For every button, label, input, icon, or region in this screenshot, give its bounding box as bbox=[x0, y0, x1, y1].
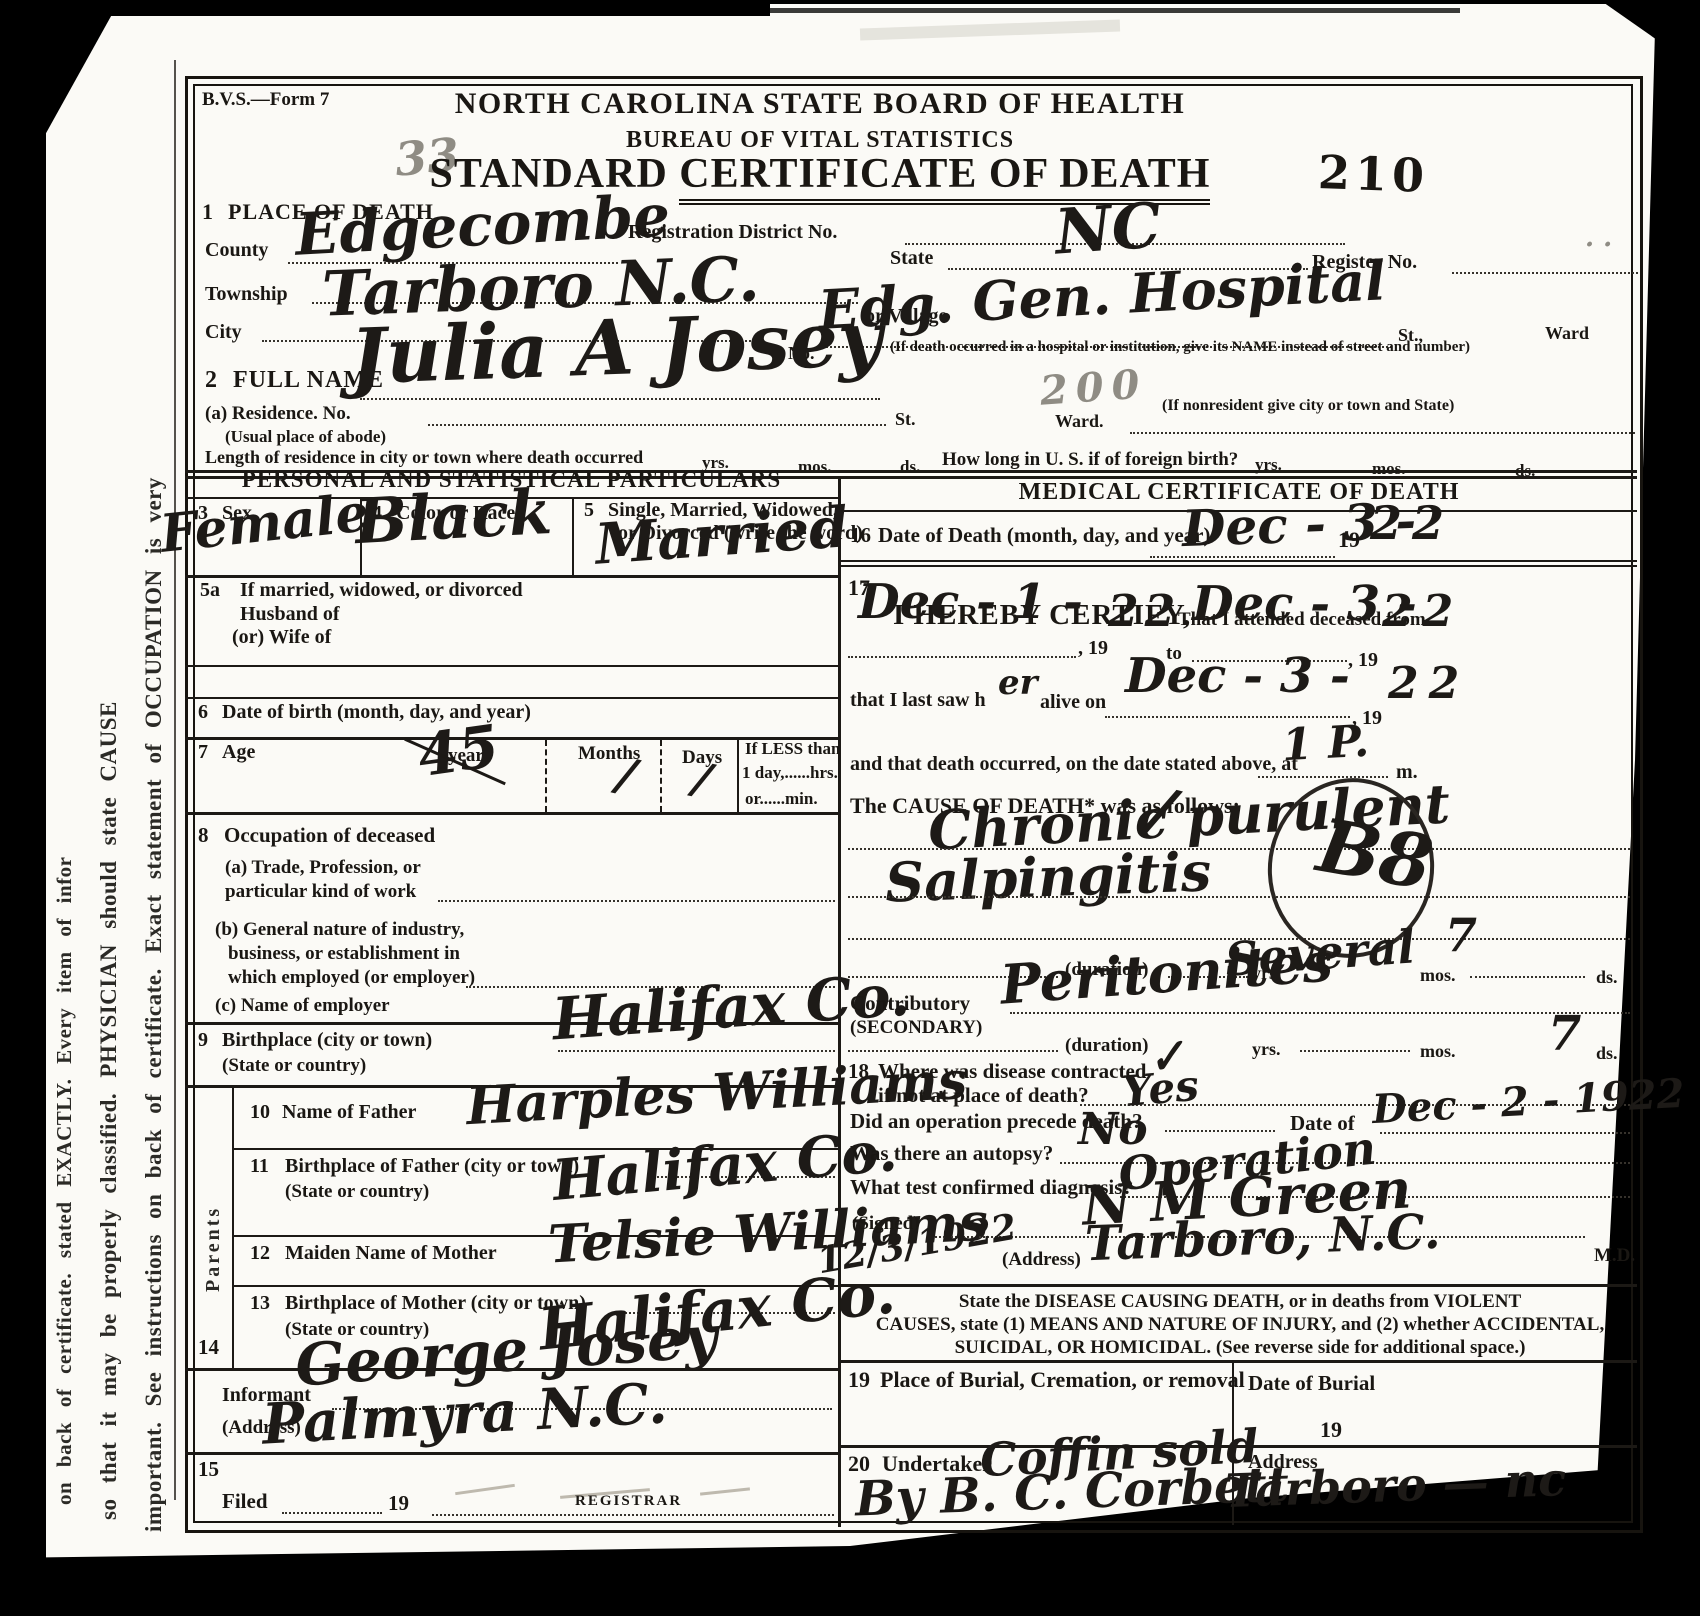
filed-number: 15 bbox=[198, 1458, 219, 1480]
line bbox=[841, 1284, 1637, 1287]
nonresident-note: (If nonresident give city or town and St… bbox=[1162, 398, 1454, 415]
mother-number: 12 bbox=[250, 1243, 270, 1264]
line bbox=[572, 497, 574, 575]
line bbox=[185, 575, 838, 578]
regdistrict-label: Registration District No. bbox=[628, 222, 837, 243]
length-residence-label: Length of residence in city or town wher… bbox=[205, 448, 643, 467]
attended-from-line bbox=[848, 656, 1076, 658]
cause-dotline-2 bbox=[848, 896, 1630, 898]
line bbox=[185, 812, 838, 815]
duration1-ds: ds. bbox=[1596, 968, 1618, 987]
residence-ward-label: Ward. bbox=[1055, 412, 1104, 431]
age-number: 7 bbox=[198, 742, 208, 763]
mother-birthplace-number: 13 bbox=[250, 1293, 270, 1314]
line bbox=[841, 560, 1637, 562]
undertaker-address-value: Tarboro — nc bbox=[1224, 1456, 1567, 1514]
occupation-label: Occupation of deceased bbox=[224, 824, 435, 846]
duration1-number: 7 bbox=[1445, 912, 1477, 958]
father-label: Name of Father bbox=[282, 1102, 416, 1123]
registrar-label: REGISTRAR bbox=[575, 1494, 682, 1510]
father-birthplace-label: Birthplace of Father (city or town) bbox=[285, 1156, 579, 1177]
penciled-200: 200 bbox=[1039, 364, 1149, 411]
address-value: Tarboro, N.C. bbox=[1084, 1208, 1441, 1268]
race-value: Black bbox=[354, 481, 554, 553]
field1-number: 1 bbox=[202, 200, 213, 223]
field2-number: 2 bbox=[205, 368, 217, 393]
state-label: State bbox=[890, 248, 933, 269]
date-of-death-label: Date of Death (month, day, and year) bbox=[878, 524, 1210, 546]
age-label: Age bbox=[222, 742, 255, 763]
date-of-death-line bbox=[1150, 556, 1335, 558]
line bbox=[185, 737, 838, 740]
address-label: (Address) bbox=[1002, 1250, 1081, 1270]
birthplace-sub: (State or country) bbox=[222, 1056, 366, 1076]
lastsaw-yy: 22 bbox=[1388, 662, 1469, 706]
township-label: Township bbox=[205, 284, 288, 305]
margin-note-middle: so that it may be properly classified. P… bbox=[96, 701, 122, 1520]
register-line bbox=[1452, 272, 1638, 274]
line bbox=[185, 665, 838, 667]
line bbox=[185, 697, 838, 699]
line bbox=[841, 565, 1637, 567]
informant-number: 14 bbox=[198, 1336, 219, 1358]
nonresident-line bbox=[1130, 432, 1635, 434]
birthplace-label: Birthplace (city or town) bbox=[222, 1030, 432, 1051]
occupation-b2: business, or establishment in bbox=[228, 944, 460, 964]
dob-number: 6 bbox=[198, 702, 208, 723]
duration1-mos: mos. bbox=[1420, 966, 1456, 985]
lastsaw-label-2: alive on bbox=[1040, 692, 1106, 713]
lastsaw-label-1: that I last saw h bbox=[850, 690, 986, 711]
margin-note-outer: on back of certificate. stated EXACTLY. … bbox=[52, 857, 77, 1505]
register-pencil-marks: · · bbox=[1585, 232, 1612, 258]
ward-label: Ward bbox=[1545, 324, 1589, 343]
from-yy: 22 bbox=[1108, 590, 1181, 634]
residence-line bbox=[428, 424, 886, 426]
form-number: B.V.S.—Form 7 bbox=[202, 90, 329, 110]
to-19: , 19 bbox=[1348, 650, 1378, 671]
filed-line-b bbox=[432, 1514, 834, 1516]
burial-date-19: 19 bbox=[1320, 1418, 1342, 1441]
birthplace-line bbox=[558, 1050, 835, 1052]
bureau-title: BUREAU OF VITAL STATISTICS bbox=[330, 128, 1310, 153]
fullname-value: Julia A Josey bbox=[349, 301, 883, 396]
duration2-number: 7 bbox=[1548, 1010, 1581, 1058]
occurred-time-value: 1 P. bbox=[1281, 720, 1370, 768]
scan-edge-top bbox=[55, 2, 770, 16]
contracted-number: 18 bbox=[848, 1060, 869, 1082]
father-birthplace-number: 11 bbox=[250, 1156, 269, 1177]
howlong-label: How long in U. S. if of foreign birth? bbox=[942, 450, 1238, 470]
to-yy: 22 bbox=[1382, 590, 1463, 634]
from-19: , 19 bbox=[1078, 638, 1108, 659]
violent-note-3: SUICIDAL, OR HOMICIDAL. (See reverse sid… bbox=[845, 1338, 1635, 1358]
cause-line-2: Salpingitis bbox=[884, 844, 1212, 909]
f5a-wife: (or) Wife of bbox=[232, 627, 331, 648]
state-value: NC bbox=[1053, 194, 1163, 263]
board-title: NORTH CAROLINA STATE BOARD OF HEALTH bbox=[330, 88, 1310, 120]
date-of-death-yy: 22 bbox=[1370, 500, 1454, 546]
filed-line-a bbox=[282, 1512, 382, 1514]
stamp-b8-text: B8 bbox=[1312, 809, 1437, 902]
line bbox=[737, 737, 739, 812]
occupation-c: (c) Name of employer bbox=[215, 996, 390, 1016]
death-certificate-scan: on back of certificate. stated EXACTLY. … bbox=[0, 0, 1700, 1616]
contracted-label-2: if not at place of death? bbox=[878, 1084, 1089, 1106]
line bbox=[841, 1360, 1637, 1363]
duration1-dots-c bbox=[1470, 976, 1585, 978]
occupation-b1: (b) General nature of industry, bbox=[215, 920, 464, 940]
attended-from-value: Dec - 1 - bbox=[858, 578, 1083, 626]
lastsaw-value: Dec - 3 - bbox=[1125, 652, 1350, 700]
contributory-line bbox=[1010, 1012, 1630, 1014]
autopsy-label: Was there an autopsy? bbox=[850, 1142, 1053, 1164]
burial-number: 19 bbox=[848, 1368, 870, 1391]
burial-label: Place of Burial, Cremation, or removal bbox=[880, 1368, 1245, 1391]
f5a-label: If married, widowed, or divorced bbox=[240, 580, 523, 601]
abode-note: (Usual place of abode) bbox=[225, 428, 386, 446]
occupation-a2: particular kind of work bbox=[225, 882, 416, 902]
scan-edge-left bbox=[0, 0, 46, 1616]
county-label: County bbox=[205, 240, 268, 261]
filed-label: Filed bbox=[222, 1490, 268, 1512]
f5a-number: 5a bbox=[200, 580, 220, 601]
age-less-1: If LESS than bbox=[745, 740, 840, 758]
contributory-label: Contributory bbox=[850, 992, 970, 1014]
age-less-3: or......min. bbox=[745, 790, 818, 808]
duration2-yrs: yrs. bbox=[1252, 1040, 1281, 1059]
certificate-title: STANDARD CERTIFICATE OF DEATH bbox=[330, 152, 1310, 196]
margin-note-inner: important. See instructions on back of c… bbox=[141, 477, 167, 1532]
contracted-label-1: Where was disease contracted bbox=[878, 1060, 1146, 1082]
date-of-death-number: 16 bbox=[850, 524, 871, 546]
occupation-number: 8 bbox=[198, 824, 209, 846]
occupation-a1: (a) Trade, Profession, or bbox=[225, 858, 421, 878]
occupation-b3: which employed (or employer) bbox=[228, 968, 475, 988]
occurred-label: and that death occurred, on the date sta… bbox=[850, 754, 1298, 775]
line bbox=[232, 1085, 234, 1368]
duration2-ds: ds. bbox=[1596, 1044, 1618, 1063]
scan-edge-top-thin bbox=[770, 8, 1460, 13]
burial-date-label: Date of Burial bbox=[1248, 1372, 1375, 1394]
line bbox=[185, 1452, 838, 1455]
lastsaw-er: er bbox=[998, 666, 1038, 700]
duration2-label: (duration) bbox=[1065, 1036, 1148, 1056]
violent-note-1: State the DISEASE CAUSING DEATH, or in d… bbox=[845, 1292, 1635, 1312]
f5a-husband: Husband of bbox=[240, 604, 340, 625]
residence-st-label: St. bbox=[895, 410, 916, 429]
city-label: City bbox=[205, 322, 242, 343]
stamp-210: 210 bbox=[1317, 148, 1430, 200]
line bbox=[660, 740, 662, 812]
operation-date-line bbox=[1380, 1132, 1630, 1134]
md-label: M.D. bbox=[1594, 1246, 1635, 1266]
secondary-label: (SECONDARY) bbox=[850, 1018, 982, 1038]
duration2-dots-b bbox=[1300, 1050, 1410, 1052]
marital-value: Married bbox=[593, 499, 850, 573]
date-of-death-19: 19 bbox=[1338, 528, 1360, 551]
duration2-mos: mos. bbox=[1420, 1042, 1456, 1061]
duration2-dots-a bbox=[848, 1050, 1058, 1052]
fold-line bbox=[174, 60, 176, 1500]
residence-label: (a) Residence. No. bbox=[205, 404, 351, 424]
mother-label: Maiden Name of Mother bbox=[285, 1243, 497, 1264]
fullname-line bbox=[360, 398, 880, 400]
line bbox=[545, 740, 547, 812]
filed-19: 19 bbox=[388, 1492, 409, 1514]
length-ds: ds. bbox=[900, 458, 920, 476]
parents-label: Parents bbox=[202, 1206, 225, 1292]
father-birthplace-sub: (State or country) bbox=[285, 1182, 429, 1202]
occupation-a-line bbox=[438, 900, 835, 902]
violent-note-2: CAUSES, state (1) MEANS AND NATURE OF IN… bbox=[845, 1315, 1635, 1335]
age-less-2: 1 day,......hrs. bbox=[742, 764, 838, 782]
father-number: 10 bbox=[250, 1102, 270, 1123]
hospital-note: (If death occurred in a hospital or inst… bbox=[890, 340, 1470, 356]
birthplace-number: 9 bbox=[198, 1030, 208, 1051]
